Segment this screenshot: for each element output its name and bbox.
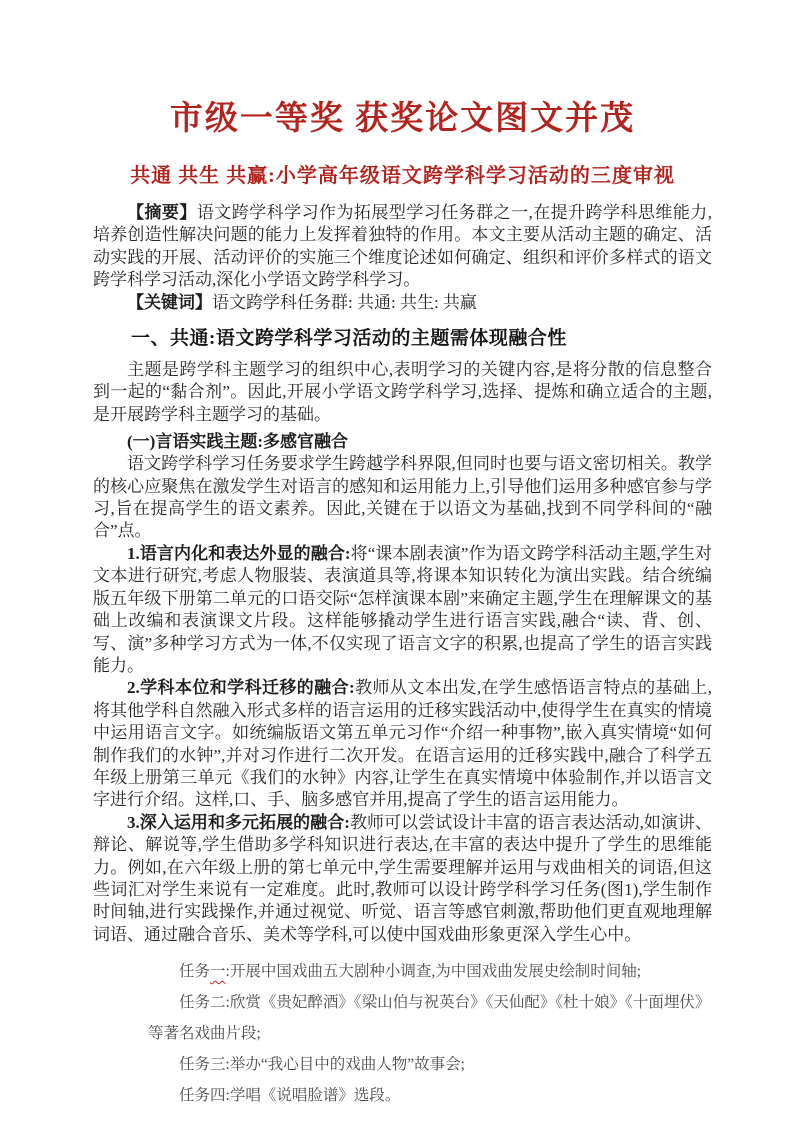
task-2-head: 任务二 — [179, 994, 226, 1011]
abstract-label: 【摘要】 — [127, 203, 197, 222]
task-4-text: 学唱《说唱脸谱》选段。 — [230, 1087, 401, 1104]
task-item-4: 任务四:学唱《说唱脸谱》选段。 — [148, 1080, 710, 1111]
task-4-head: 任务四 — [179, 1087, 226, 1104]
task-list: 任务一:开展中国戏曲五大剧种小调查,为中国戏曲发展史绘制时间轴; 任务二:欣赏《… — [148, 956, 710, 1111]
fusion-point-1: 1.语言内化和表达外显的融合:将“课本剧表演”作为语文跨学科活动主题,学生对文本… — [93, 543, 712, 677]
award-title: 市级一等奖 获奖论文图文并茂 — [93, 92, 712, 139]
task-item-2: 任务二:欣赏《贵妃醉酒》《梁山伯与祝英台》《天仙配》《杜十娘》《十面埋伏》等著名… — [148, 987, 710, 1049]
section-1-intro: 主题是跨学科主题学习的组织中心,表明学习的关键内容,是将分散的信息整合到一起的“… — [93, 359, 712, 426]
fusion-point-2: 2.学科本位和学科迁移的融合:教师从文本出发,在学生感悟语言特点的基础上,将其他… — [93, 677, 712, 811]
task-3-head: 任务三 — [179, 1056, 226, 1073]
keywords-label: 【关键词】 — [127, 293, 212, 312]
task-1-spellcheck-underline: 一 — [210, 963, 226, 980]
task-1-text: 开展中国戏曲五大剧种小调查,为中国戏曲发展史绘制时间轴; — [230, 963, 641, 980]
task-3-text: 举办“我心目中的戏曲人物”故事会; — [230, 1056, 465, 1073]
task-item-3: 任务三:举办“我心目中的戏曲人物”故事会; — [148, 1049, 710, 1080]
fusion-point-1-text: 将“课本剧表演”作为语文跨学科活动主题,学生对文本进行研究,考虑人物服装、表演道… — [93, 544, 712, 675]
section-1-heading: 一、共通:语文跨学科学习活动的主题需体现融合性 — [93, 323, 712, 350]
fusion-point-1-lead: 1.语言内化和表达外显的融合: — [127, 544, 351, 563]
fusion-point-3: 3.深入运用和多元拓展的融合:教师可以尝试设计丰富的语言表达活动,如演讲、辩论、… — [93, 812, 712, 946]
subsection-1-1-heading: (一)言语实践主题:多感官融合 — [93, 427, 712, 452]
fusion-point-3-text: 教师可以尝试设计丰富的语言表达活动,如演讲、辩论、解说等,学生借助多学科知识进行… — [93, 813, 712, 944]
fusion-point-2-text: 教师从文本出发,在学生感悟语言特点的基础上,将其他学科自然融入形式多样的语言运用… — [93, 678, 712, 809]
task-1-head: 任务 — [179, 963, 210, 980]
paper-title: 共通 共生 共赢:小学高年级语文跨学科学习活动的三度审视 — [93, 159, 712, 188]
keywords-line: 【关键词】语文跨学科任务群: 共通: 共生: 共赢 — [93, 292, 712, 314]
task-item-1: 任务一:开展中国戏曲五大剧种小调查,为中国戏曲发展史绘制时间轴; — [148, 956, 710, 987]
fusion-point-3-lead: 3.深入运用和多元拓展的融合: — [127, 813, 350, 832]
abstract-paragraph: 【摘要】语文跨学科学习作为拓展型学习任务群之一,在提升跨学科思维能力,培养创造性… — [93, 202, 712, 292]
fusion-point-2-lead: 2.学科本位和学科迁移的融合: — [127, 678, 355, 697]
subsection-1-1-intro: 语文跨学科学习任务要求学生跨越学科界限,但同时也要与语文密切相关。教学的核心应聚… — [93, 453, 712, 543]
task-2-text: 欣赏《贵妃醉酒》《梁山伯与祝英台》《天仙配》《杜十娘》《十面埋伏》等著名戏曲片段… — [148, 994, 703, 1042]
keywords-text: 语文跨学科任务群: 共通: 共生: 共赢 — [212, 293, 477, 312]
document-page: 市级一等奖 获奖论文图文并茂 共通 共生 共赢:小学高年级语文跨学科学习活动的三… — [0, 0, 800, 1132]
